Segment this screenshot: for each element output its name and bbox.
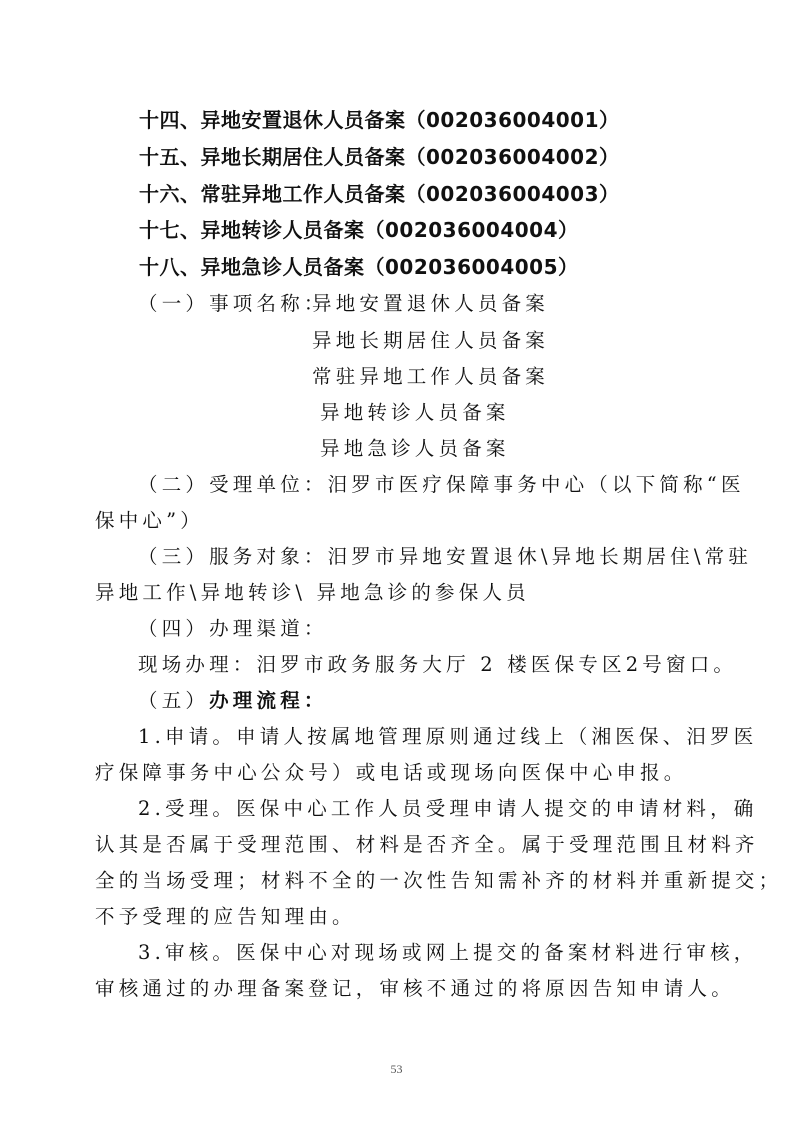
step-1-line1: 1.申请。申请人按属地管理原则通过线上（湘医保、汨罗医: [138, 723, 758, 751]
item-name-4: 异地转诊人员备案: [320, 399, 510, 427]
onsite-handling: 现场办理：汨罗市政务服务大厅 2 楼医保专区2号窗口。: [138, 651, 737, 679]
document-page: 十四、异地安置退休人员备案（002036004001） 十五、异地长期居住人员备…: [0, 0, 793, 1122]
item-name-3: 常驻异地工作人员备案: [312, 363, 549, 391]
item-name-2: 异地长期居住人员备案: [312, 327, 549, 355]
page-number: 53: [0, 1062, 793, 1077]
process-label-title: 办理流程：: [209, 689, 328, 712]
heading-16: 十六、常驻异地工作人员备案（002036004003）: [139, 180, 620, 208]
process-label: （五）办理流程：: [138, 687, 328, 715]
accepting-unit-line2: 保中心”）: [95, 507, 204, 535]
item-name-label: （一）事项名称：: [138, 290, 328, 318]
heading-14: 十四、异地安置退休人员备案（002036004001）: [139, 106, 620, 134]
accepting-unit-line1: （二）受理单位：汨罗市医疗保障事务中心（以下简称“医: [138, 471, 745, 499]
heading-17: 十七、异地转诊人员备案（002036004004）: [139, 216, 579, 244]
item-name-1: 异地安置退休人员备案: [312, 290, 549, 318]
process-label-prefix: （五）: [138, 689, 209, 712]
step-3-line2: 审核通过的办理备案登记，审核不通过的将原因告知申请人。: [95, 975, 735, 1003]
step-3-line1: 3.审核。医保中心对现场或网上提交的备案材料进行审核，: [138, 939, 758, 967]
step-2-line1: 2.受理。医保中心工作人员受理申请人提交的申请材料，确: [138, 795, 758, 823]
step-1-line2: 疗保障事务中心公众号）或电话或现场向医保中心申报。: [95, 759, 688, 787]
heading-15: 十五、异地长期居住人员备案（002036004002）: [139, 143, 620, 171]
channel-label: （四）办理渠道：: [138, 615, 328, 643]
service-target-line2: 异地工作\异地转诊\ 异地急诊的参保人员: [95, 579, 530, 607]
step-2-line4: 不予受理的应告知理由。: [95, 903, 356, 931]
heading-18: 十八、异地急诊人员备案（002036004005）: [139, 253, 579, 281]
item-name-5: 异地急诊人员备案: [320, 435, 510, 463]
step-2-line2: 认其是否属于受理范围、材料是否齐全。属于受理范围且材料齐: [95, 831, 759, 859]
step-2-line3: 全的当场受理；材料不全的一次性告知需补齐的材料并重新提交；: [95, 867, 782, 895]
service-target-line1: （三）服务对象：汨罗市异地安置退休\异地长期居住\常驻: [138, 543, 752, 571]
